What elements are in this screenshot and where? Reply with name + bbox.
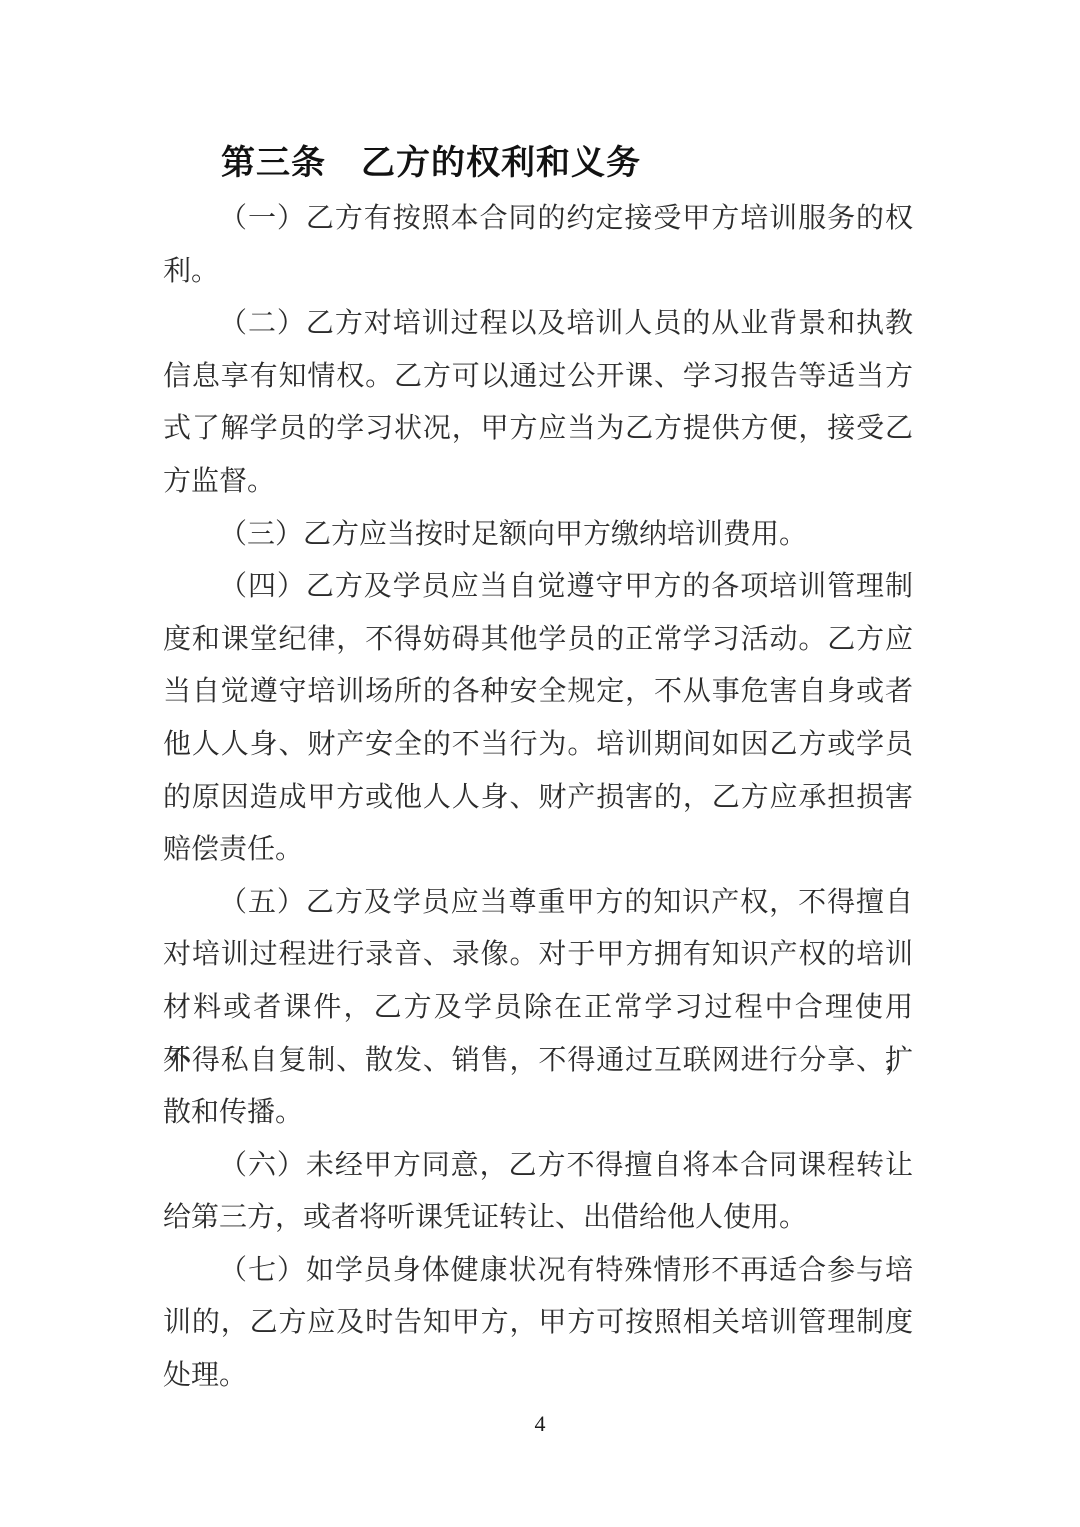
clause-line: （六）未经甲方同意，乙方不得擅自将本合同课程转让	[163, 1140, 913, 1193]
clause-line: （五）乙方及学员应当尊重甲方的知识产权，不得擅自	[163, 877, 913, 930]
clause-line: （四）乙方及学员应当自觉遵守甲方的各项培训管理制	[163, 561, 913, 614]
clause-line: 对培训过程进行录音、录像。对于甲方拥有知识产权的培训	[163, 929, 913, 982]
clause-line: 的原因造成甲方或他人人身、财产损害的，乙方应承担损害	[163, 772, 913, 825]
article-heading: 第三条 乙方的权利和义务	[163, 141, 923, 185]
clause-paragraph-5: （五）乙方及学员应当尊重甲方的知识产权，不得擅自 对培训过程进行录音、录像。对于…	[163, 877, 913, 1140]
clause-line: 信息享有知情权。乙方可以通过公开课、学习报告等适当方	[163, 351, 913, 404]
clause-line: （一）乙方有按照本合同的约定接受甲方培训服务的权	[163, 193, 913, 246]
clause-line: 度和课堂纪律，不得妨碍其他学员的正常学习活动。乙方应	[163, 614, 913, 667]
clause-line: （七）如学员身体健康状况有特殊情形不再适合参与培	[163, 1245, 913, 1298]
clause-line: 材料或者课件，乙方及学员除在正常学习过程中合理使用外，	[163, 982, 913, 1035]
clause-line: 利。	[163, 246, 913, 299]
clause-paragraph-2: （二）乙方对培训过程以及培训人员的从业背景和执教 信息享有知情权。乙方可以通过公…	[163, 298, 913, 508]
clause-paragraph-6: （六）未经甲方同意，乙方不得擅自将本合同课程转让 给第三方，或者将听课凭证转让、…	[163, 1140, 913, 1245]
article-body: （一）乙方有按照本合同的约定接受甲方培训服务的权 利。 （二）乙方对培训过程以及…	[163, 193, 913, 1403]
clause-line: 训的，乙方应及时告知甲方，甲方可按照相关培训管理制度	[163, 1297, 913, 1350]
clause-line: 式了解学员的学习状况，甲方应当为乙方提供方便，接受乙	[163, 403, 913, 456]
clause-line: 给第三方，或者将听课凭证转让、出借给他人使用。	[163, 1192, 913, 1245]
clause-line: 方监督。	[163, 456, 913, 509]
clause-line: 散和传播。	[163, 1087, 913, 1140]
clause-line: （二）乙方对培训过程以及培训人员的从业背景和执教	[163, 298, 913, 351]
clause-line: 赔偿责任。	[163, 824, 913, 877]
clause-paragraph-3: （三）乙方应当按时足额向甲方缴纳培训费用。	[163, 509, 913, 562]
clause-line: 不得私自复制、散发、销售，不得通过互联网进行分享、扩	[163, 1035, 913, 1088]
clause-line: 处理。	[163, 1350, 913, 1403]
clause-paragraph-4: （四）乙方及学员应当自觉遵守甲方的各项培训管理制 度和课堂纪律，不得妨碍其他学员…	[163, 561, 913, 877]
document-page: 第三条 乙方的权利和义务 （一）乙方有按照本合同的约定接受甲方培训服务的权 利。…	[0, 0, 1080, 1527]
clause-line: 当自觉遵守培训场所的各种安全规定，不从事危害自身或者	[163, 666, 913, 719]
clause-paragraph-7: （七）如学员身体健康状况有特殊情形不再适合参与培 训的，乙方应及时告知甲方，甲方…	[163, 1245, 913, 1403]
clause-line: 他人人身、财产安全的不当行为。培训期间如因乙方或学员	[163, 719, 913, 772]
clause-paragraph-1: （一）乙方有按照本合同的约定接受甲方培训服务的权 利。	[163, 193, 913, 298]
page-number: 4	[0, 1408, 1080, 1440]
clause-line: （三）乙方应当按时足额向甲方缴纳培训费用。	[163, 509, 913, 562]
